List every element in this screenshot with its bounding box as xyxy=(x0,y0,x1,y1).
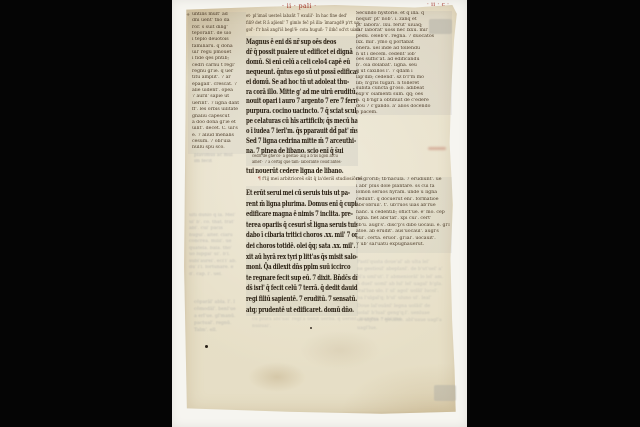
ghost-line: im fecit xyxy=(194,159,246,165)
bible-text-line: Et erūt serui mei cū seruis tuis ut pa- xyxy=(246,188,357,199)
bible-text-line: dr̄ q̄ possit pualere ut edificet ei dig… xyxy=(246,47,357,57)
gloss-line: p pacem. xyxy=(356,110,452,116)
gloss-line: de gl'orib; tb'nacula. 7 erudiunt'. ue xyxy=(356,177,452,184)
right-column-bleedthrough-block: Pastl'qusta doue'al' ab ulta lel'ne gest… xyxy=(357,259,451,332)
bible-text-line: te regnare fecit sup eū. 7 dixit. Bn̄dc̄… xyxy=(246,273,357,284)
ghost-line: pactual'. regnū. xyxy=(194,320,250,327)
ghost-line: uolal' b'lual' geng'q;l'. uenluae xyxy=(357,310,451,317)
note-text: f'lij mei arbitriores̄ sūt q̄ la'deris̄ … xyxy=(262,177,362,182)
bible-text-line: terea opariis q̄ cesuri st̄ ligna seruis… xyxy=(246,220,357,231)
bible-text-line: pe celaturas cū hīs artificib; q̄s mecū … xyxy=(246,116,357,126)
bible-text-paragraph-1: Magnus ē eni ds̄ nr̄ sup oēs deosdr̄ q̄ … xyxy=(246,37,357,156)
bible-text-line: regi filiū sapientē. 7 eruditū. 7 sensat… xyxy=(246,294,357,305)
gloss-line: et· pl'imas̄ uestes̄ laban̄t 7 exulil'· … xyxy=(246,13,360,20)
gloss-line: nullū spū sc̄o. xyxy=(192,145,246,151)
bible-text-line: ds̄ isrl' q̄ fecit celū 7 terrā. q̄ dedi… xyxy=(246,283,357,294)
ghost-line: ā duel' uoml' ab lul' lel' uagal' b'gla. xyxy=(357,281,451,288)
bible-text-line: rent m̄ ligna plurima. Domus enī q̄ cupi… xyxy=(246,199,357,210)
ghost-line: el'a uml'ut'. l' abmeniorāl' lo lel' am. xyxy=(357,274,451,281)
bible-text-line: ei domū. Se ad hoc tn̄ ut adoleat thu- xyxy=(246,77,357,87)
left-gloss-column: untilis̄ mult' addn̄i uent' tn̄o daror. … xyxy=(192,12,246,152)
left-margin-bleedthrough-block-1: ulti dunlo q̄ la. Mel'ul' b'. cō. that. … xyxy=(189,213,247,278)
ghost-line: fral'luo ulo. l' ul' agol' uolāl' lucol'… xyxy=(357,288,451,295)
gloss-line: atōe. ab erudit'. aūs'uocaul'. augl's xyxy=(356,229,452,236)
interlinear-gloss: cedri de ghe'co· ā gestas̄· ālij a b'lis… xyxy=(252,154,354,166)
gloss-line: gol'· f'r bas̄ angl'is̄ begl'ē· cot̄a hu… xyxy=(246,27,360,34)
ghost-line: ne gestioul' abeplanl'. de b'ut'uel' a' xyxy=(357,266,451,273)
bible-text-line: Magnus ē eni ds̄ nr̄ sup oēs deos xyxy=(246,37,357,47)
small-note-line: ¶ f'lij mei arbitriores̄ sūt q̄ la'deris… xyxy=(258,177,363,182)
bible-text-line: nequeunt. q̄ntus ego sū ut possī edifica… xyxy=(246,67,357,77)
bible-text-line: edificare magna ē nimis 7 inclita. pre- xyxy=(246,209,357,220)
ghost-line: Pastl'qusta doue'al' ab ulta lel' xyxy=(357,259,451,266)
bible-verse-line: tui nouerūt cedere ligna de libano. xyxy=(246,166,357,175)
ghost-line: ue ulglue 7 geuilue. abl'uaue uagl'a xyxy=(357,317,451,324)
bible-text-line: dabo ī cibaria tritici choros .xx. mil' … xyxy=(246,230,357,241)
bible-text-line: nouit opari i auro 7 argento 7 ere 7 fer… xyxy=(246,96,357,106)
ghost-line: Doue lal'ouānl' legna uolāil' de xyxy=(357,303,451,310)
bible-text-line: moni. Q̄a dilexit dn̄s pplm suū iccirco xyxy=(246,262,357,273)
gloss-line: fili9 det̄ R ā ap̄ienl' 7 gimlo fec̄ ps̄… xyxy=(246,20,360,27)
left-gloss-ghost-tail: plavimus ac mulim fecit xyxy=(194,153,246,166)
bible-text-line: atq; prudentē ut edificaret. domū dn̄o. xyxy=(246,305,357,316)
bible-text-line: xit aū hyrā rex tyri p litt'as q̄s misit… xyxy=(246,252,357,263)
ghost-line: cōparāl' abla. l'. l xyxy=(194,299,250,306)
ghost-line: ba l'ulgal'q; b'ul' uluno ul'. leal' xyxy=(357,295,451,302)
main-column-argument-gloss: et· pl'imas̄ uestes̄ laban̄t 7 exulil'· … xyxy=(246,13,360,35)
gloss-line: ff'. les orbis̄ uilitate xyxy=(192,107,246,113)
red-paraph-mark: ¶ xyxy=(258,177,261,182)
folio-number-mark: · ii · c · xyxy=(427,2,449,8)
marginal-cross-mark: + xyxy=(186,12,190,18)
gloss-line: 7 ub' sal'uatū expugnauerūt. xyxy=(356,242,452,249)
right-gloss-block-2: de gl'orib; tb'nacula. 7 erudiunt'. uei … xyxy=(356,177,452,249)
right-gloss-block-1: Secundo hystorie. et q̄ illa. q̄nequit' … xyxy=(356,11,452,115)
bible-text-line: domū. Si enī celū a celi celo4 capē eū xyxy=(246,57,357,67)
bible-text-line: purpura. cocino uacincto. 7 q̄ sciat scu… xyxy=(246,106,357,116)
bible-text-line: ra corā illo. Mitte g' ad me uirū erudit… xyxy=(246,87,357,97)
bible-text-line: dei choros totidē. olei q̄q; sata .xx. m… xyxy=(246,241,357,252)
running-title: · ii · pali · xyxy=(282,3,317,10)
photograph-of-manuscript-leaf: · ii · pali · · ii · c · + untilis̄ mult… xyxy=(0,0,640,427)
ghost-line: a erl'ue. gl'manū. xyxy=(194,313,250,320)
ghost-line: Talm'. ell. xyxy=(194,327,250,334)
ghost-line: uagl'lue. xyxy=(357,325,451,332)
left-margin-bleedthrough-block-2: cōparāl' abla. l'. lcōmodāl'. benl'uea e… xyxy=(194,299,250,334)
ghost-line: cōmodāl'. benl'ue xyxy=(194,306,250,313)
bible-text-paragraph-2: Et erūt serui mei cū seruis tuis ut pa-r… xyxy=(246,188,357,315)
bible-text-line: Sed 7 ligna cedrina mitte m̄ 7 arceuthi- xyxy=(246,136,357,146)
bible-text-line: o ī iudea 7 ierl'm. q̄s pparauit dd̄ pat… xyxy=(246,126,357,136)
ghost-line: d'. cap. l'. uel. xyxy=(189,272,247,279)
